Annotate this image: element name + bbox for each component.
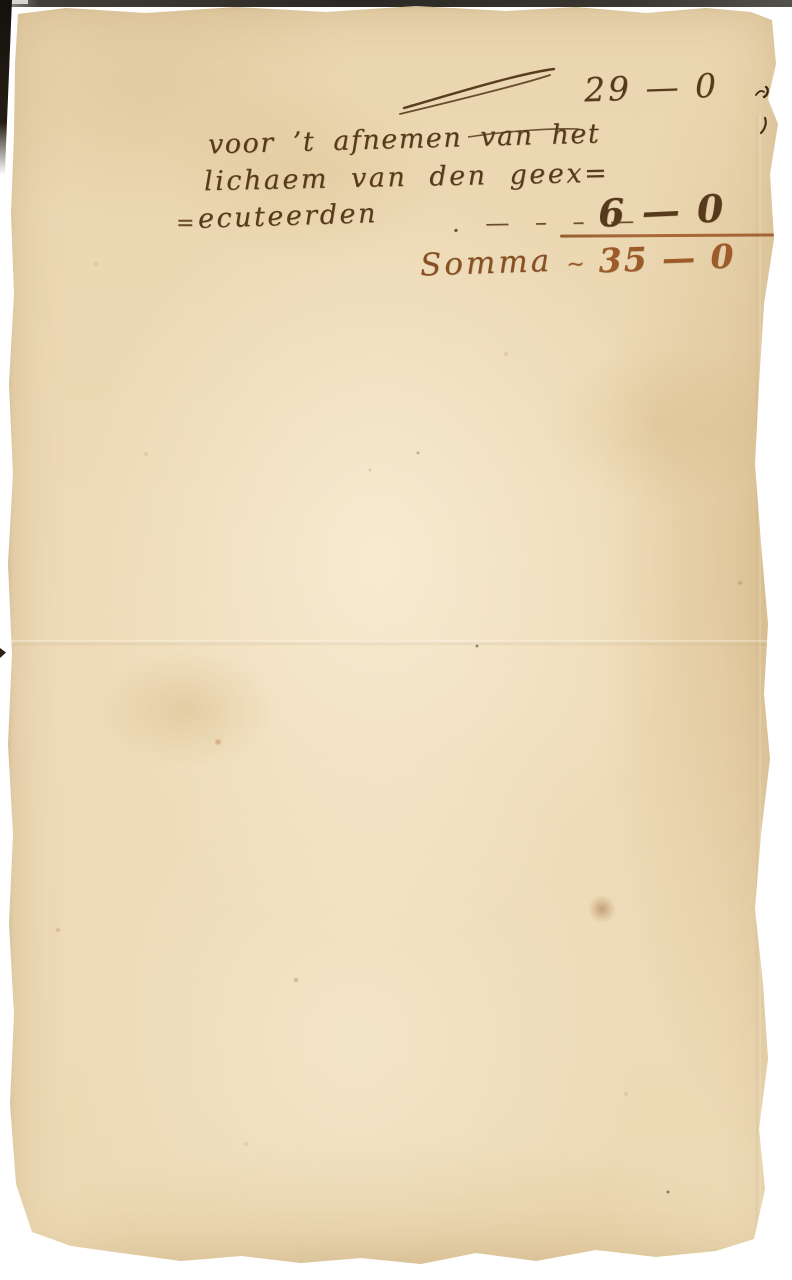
paper-edge-speck xyxy=(0,648,6,658)
entry-amount: 6 — 0 xyxy=(597,185,726,236)
somma-row: Somma ~ 35 — 0 xyxy=(419,237,736,287)
sum-rule xyxy=(560,233,784,237)
scanner-edge-left xyxy=(0,0,12,175)
scanner-edge-top xyxy=(0,0,792,7)
ink-fragment-icon xyxy=(754,84,772,102)
entry-line-2: lichaem van den geex= xyxy=(204,158,610,197)
continuation-mark: = xyxy=(176,211,194,236)
somma-amount: 35 — 0 xyxy=(598,237,736,281)
somma-label: Somma xyxy=(419,243,552,284)
ink-fragment-icon xyxy=(758,116,770,136)
entry-line-1: voor ’t afnemen van het xyxy=(208,119,601,161)
fold-crease-horizontal xyxy=(6,640,784,646)
carried-amount: 29 — 0 xyxy=(583,66,719,110)
pen-flourish-icon xyxy=(398,60,562,118)
paper-sheet: 29 — 0 voor ’t afnemen van het lichaem v… xyxy=(6,4,784,1270)
fold-crease-vertical xyxy=(756,114,761,1264)
entry-line-3: ecuteerden xyxy=(198,198,379,235)
somma-separator: ~ xyxy=(566,252,585,278)
